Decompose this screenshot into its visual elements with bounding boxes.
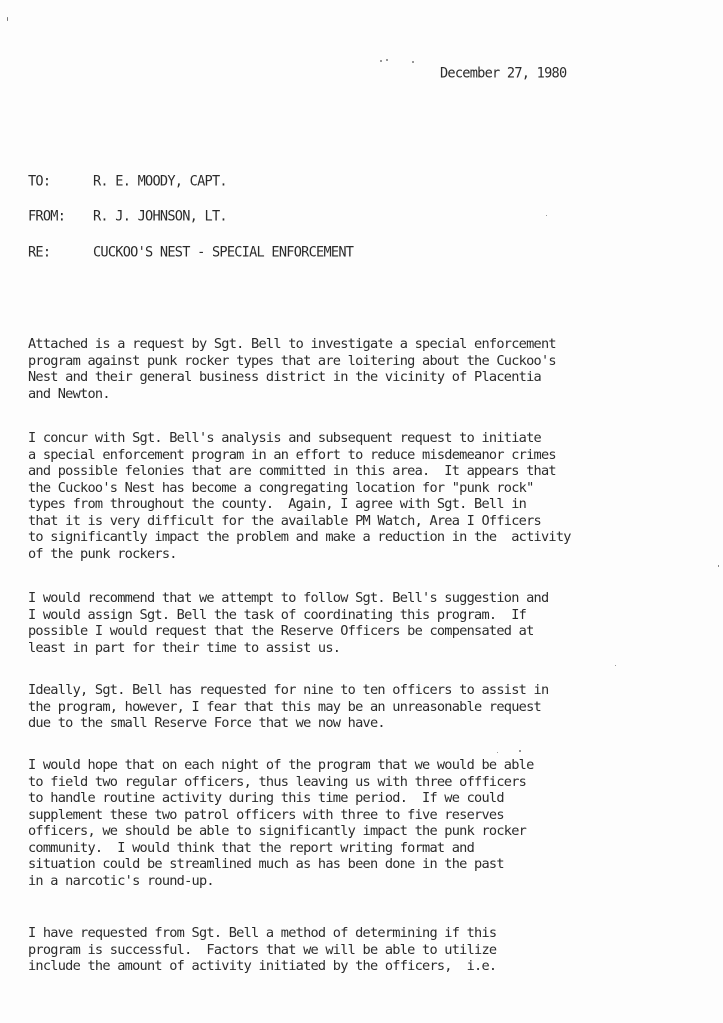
paragraph-line: and Newton. [28,386,556,403]
paragraph-success-factors: I have requested from Sgt. Bell a method… [28,925,496,975]
from-value: R. J. JOHNSON, LT. [93,208,227,225]
paragraph-line: that it is very difficult for the availa… [28,513,571,530]
paragraph-line: I concur with Sgt. Bell's analysis and s… [28,430,571,447]
scan-speck [386,59,388,61]
paragraph-hope: I would hope that on each night of the p… [28,757,534,889]
paragraph-recommend: I would recommend that we attempt to fol… [28,590,548,656]
paragraph-line: include the amount of activity initiated… [28,958,496,975]
paragraph-line: and possible felonies that are committed… [28,463,571,480]
paragraph-line: types from throughout the county. Again,… [28,496,571,513]
paragraph-line: to significantly impact the problem and … [28,529,571,546]
paragraph-line: to handle routine activity during this t… [28,790,534,807]
scan-speck [412,61,414,63]
re-label: RE: [28,244,50,261]
memo-page: December 27, 1980 TO: R. E. MOODY, CAPT.… [0,0,723,1023]
paragraph-line: to field two regular officers, thus leav… [28,774,534,791]
paragraph-line: community. I would think that the report… [28,840,534,857]
paragraph-line: I would recommend that we attempt to fol… [28,590,548,607]
paragraph-concur: I concur with Sgt. Bell's analysis and s… [28,430,571,562]
paragraph-line: Attached is a request by Sgt. Bell to in… [28,336,556,353]
paragraph-line: the program, however, I fear that this m… [28,699,548,716]
paragraph-line: the Cuckoo's Nest has become a congregat… [28,480,571,497]
scan-mark [7,17,8,21]
from-label: FROM: [28,208,65,225]
to-value: R. E. MOODY, CAPT. [93,173,227,190]
scan-speck [546,215,547,216]
paragraph-line: least in part for their time to assist u… [28,640,548,657]
scan-speck [718,565,719,567]
paragraph-ideally: Ideally, Sgt. Bell has requested for nin… [28,682,548,732]
re-value: CUCKOO'S NEST - SPECIAL ENFORCEMENT [93,244,353,261]
scan-speck [380,60,382,62]
paragraph-line: due to the small Reserve Force that we n… [28,715,548,732]
memo-date: December 27, 1980 [440,65,566,82]
paragraph-line: program against punk rocker types that a… [28,353,556,370]
paragraph-line: Ideally, Sgt. Bell has requested for nin… [28,682,548,699]
paragraph-line: Nest and their general business district… [28,369,556,386]
paragraph-line: I have requested from Sgt. Bell a method… [28,925,496,942]
scan-speck [519,750,521,752]
paragraph-line: a special enforcement program in an effo… [28,447,571,464]
paragraph-line: of the punk rockers. [28,546,571,563]
paragraph-line: possible I would request that the Reserv… [28,623,548,640]
paragraph-line: situation could be streamlined much as h… [28,856,534,873]
paragraph-line: I would assign Sgt. Bell the task of coo… [28,607,548,624]
paragraph-line: I would hope that on each night of the p… [28,757,534,774]
to-label: TO: [28,173,50,190]
scan-speck [497,752,498,753]
paragraph-request: Attached is a request by Sgt. Bell to in… [28,336,556,402]
paragraph-line: officers, we should be able to significa… [28,823,534,840]
scan-speck [615,665,616,666]
paragraph-line: program is successful. Factors that we w… [28,942,496,959]
paragraph-line: in a narcotic's round-up. [28,873,534,890]
paragraph-line: supplement these two patrol officers wit… [28,807,534,824]
